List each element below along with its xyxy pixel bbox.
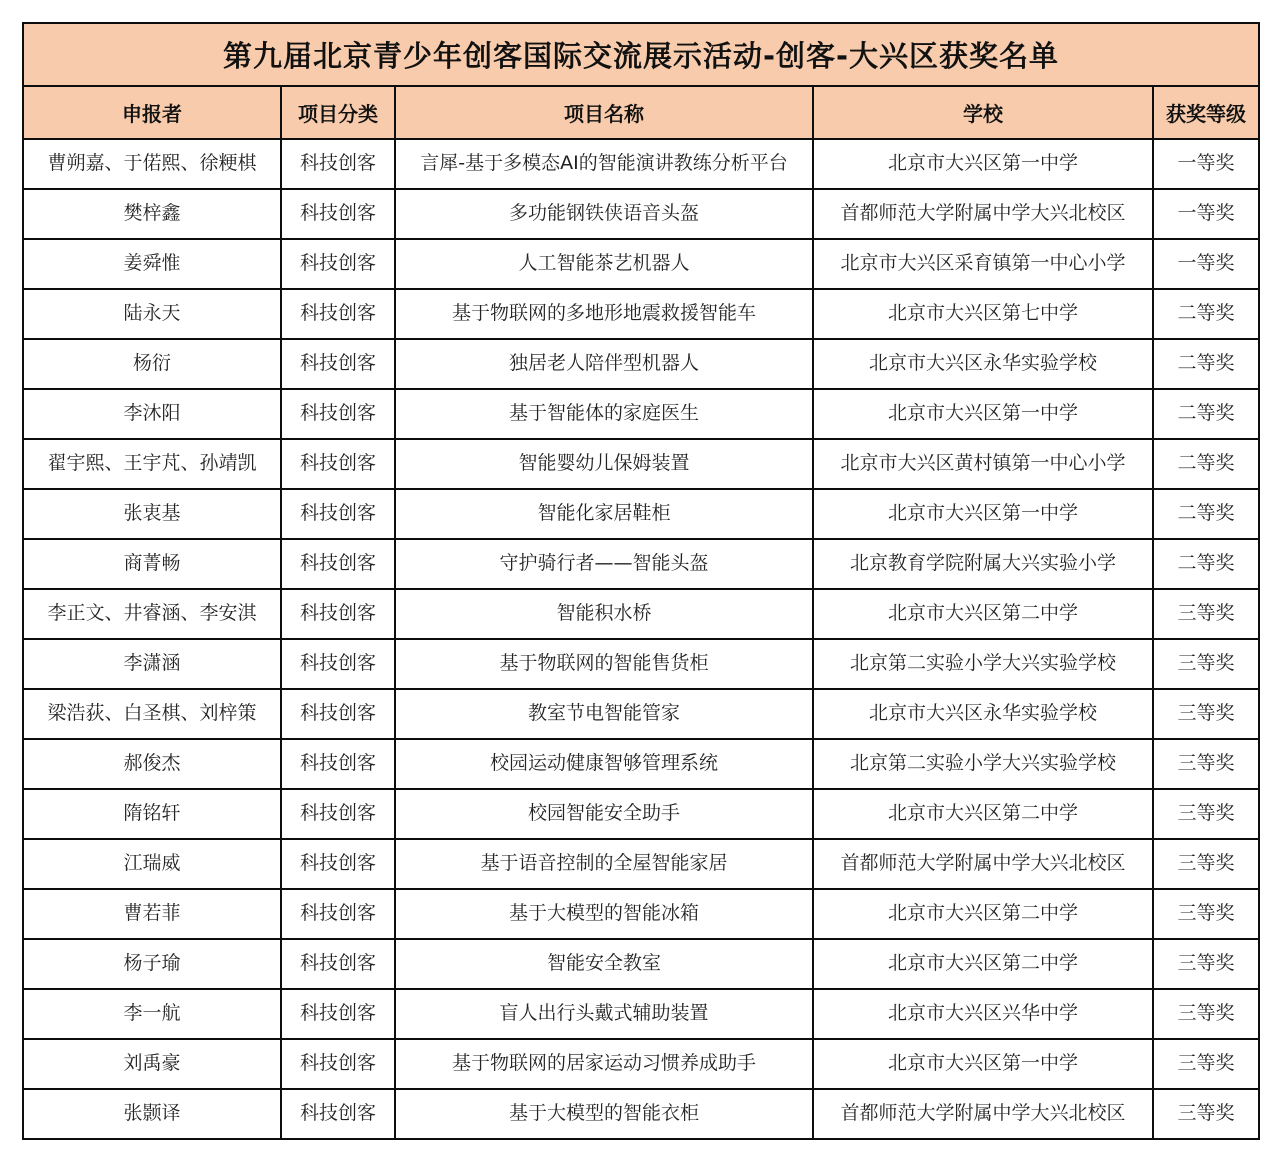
cell-applicant: 江瑞威 <box>23 839 281 889</box>
cell-project-category: 科技创客 <box>281 689 395 739</box>
cell-award-level: 三等奖 <box>1153 1089 1259 1139</box>
cell-project-category: 科技创客 <box>281 389 395 439</box>
cell-award-level: 一等奖 <box>1153 239 1259 289</box>
cell-applicant: 曹朔嘉、于偌熙、徐粳棋 <box>23 139 281 189</box>
table-row: 隋铭轩科技创客校园智能安全助手北京市大兴区第二中学三等奖 <box>23 789 1259 839</box>
table-row: 杨衍科技创客独居老人陪伴型机器人北京市大兴区永华实验学校二等奖 <box>23 339 1259 389</box>
cell-project-name: 基于大模型的智能冰箱 <box>395 889 813 939</box>
cell-project-category: 科技创客 <box>281 489 395 539</box>
cell-school: 首都师范大学附属中学大兴北校区 <box>813 189 1153 239</box>
col-header-applicant: 申报者 <box>23 86 281 139</box>
cell-project-name: 教室节电智能管家 <box>395 689 813 739</box>
column-header-row: 申报者 项目分类 项目名称 学校 获奖等级 <box>23 86 1259 139</box>
cell-award-level: 三等奖 <box>1153 989 1259 1039</box>
table-row: 李一航科技创客盲人出行头戴式辅助装置北京市大兴区兴华中学三等奖 <box>23 989 1259 1039</box>
cell-applicant: 曹若菲 <box>23 889 281 939</box>
cell-project-category: 科技创客 <box>281 339 395 389</box>
cell-project-name: 基于智能体的家庭医生 <box>395 389 813 439</box>
cell-award-level: 三等奖 <box>1153 639 1259 689</box>
cell-award-level: 二等奖 <box>1153 489 1259 539</box>
cell-project-name: 智能安全教室 <box>395 939 813 989</box>
table-row: 梁浩荻、白圣棋、刘梓策科技创客教室节电智能管家北京市大兴区永华实验学校三等奖 <box>23 689 1259 739</box>
table-row: 刘禹豪科技创客基于物联网的居家运动习惯养成助手北京市大兴区第一中学三等奖 <box>23 1039 1259 1089</box>
cell-project-category: 科技创客 <box>281 189 395 239</box>
cell-award-level: 三等奖 <box>1153 739 1259 789</box>
table-row: 郝俊杰科技创客校园运动健康智够管理系统北京第二实验小学大兴实验学校三等奖 <box>23 739 1259 789</box>
cell-applicant: 隋铭轩 <box>23 789 281 839</box>
title-row: 第九届北京青少年创客国际交流展示活动-创客-大兴区获奖名单 <box>23 23 1259 86</box>
cell-project-name: 多功能钢铁侠语音头盔 <box>395 189 813 239</box>
table-row: 姜舜惟科技创客人工智能茶艺机器人北京市大兴区采育镇第一中心小学一等奖 <box>23 239 1259 289</box>
cell-award-level: 三等奖 <box>1153 1039 1259 1089</box>
cell-school: 北京市大兴区第一中学 <box>813 489 1153 539</box>
cell-award-level: 二等奖 <box>1153 389 1259 439</box>
col-header-school: 学校 <box>813 86 1153 139</box>
cell-school: 北京市大兴区采育镇第一中心小学 <box>813 239 1153 289</box>
cell-school: 北京市大兴区永华实验学校 <box>813 689 1153 739</box>
award-table: 第九届北京青少年创客国际交流展示活动-创客-大兴区获奖名单 申报者 项目分类 项… <box>22 22 1260 1140</box>
table-row: 张衷基科技创客智能化家居鞋柜北京市大兴区第一中学二等奖 <box>23 489 1259 539</box>
cell-project-category: 科技创客 <box>281 439 395 489</box>
table-title: 第九届北京青少年创客国际交流展示活动-创客-大兴区获奖名单 <box>23 23 1259 86</box>
cell-school: 北京市大兴区第二中学 <box>813 589 1153 639</box>
cell-award-level: 二等奖 <box>1153 539 1259 589</box>
cell-school: 首都师范大学附属中学大兴北校区 <box>813 839 1153 889</box>
table-row: 樊梓鑫科技创客多功能钢铁侠语音头盔首都师范大学附属中学大兴北校区一等奖 <box>23 189 1259 239</box>
cell-project-name: 守护骑行者——智能头盔 <box>395 539 813 589</box>
table-row: 江瑞威科技创客基于语音控制的全屋智能家居首都师范大学附属中学大兴北校区三等奖 <box>23 839 1259 889</box>
cell-award-level: 三等奖 <box>1153 839 1259 889</box>
cell-school: 北京市大兴区永华实验学校 <box>813 339 1153 389</box>
table-body: 曹朔嘉、于偌熙、徐粳棋科技创客言犀-基于多模态AI的智能演讲教练分析平台北京市大… <box>23 139 1259 1139</box>
cell-project-name: 基于大模型的智能衣柜 <box>395 1089 813 1139</box>
cell-applicant: 杨衍 <box>23 339 281 389</box>
cell-project-category: 科技创客 <box>281 789 395 839</box>
cell-school: 北京市大兴区第七中学 <box>813 289 1153 339</box>
cell-award-level: 三等奖 <box>1153 789 1259 839</box>
cell-applicant: 张颢译 <box>23 1089 281 1139</box>
table-row: 李正文、井睿涵、李安淇科技创客智能积水桥北京市大兴区第二中学三等奖 <box>23 589 1259 639</box>
cell-project-category: 科技创客 <box>281 589 395 639</box>
cell-applicant: 刘禹豪 <box>23 1039 281 1089</box>
cell-project-category: 科技创客 <box>281 539 395 589</box>
cell-award-level: 三等奖 <box>1153 689 1259 739</box>
cell-project-name: 校园运动健康智够管理系统 <box>395 739 813 789</box>
cell-school: 首都师范大学附属中学大兴北校区 <box>813 1089 1153 1139</box>
cell-award-level: 二等奖 <box>1153 339 1259 389</box>
cell-project-category: 科技创客 <box>281 1039 395 1089</box>
cell-applicant: 商菁畅 <box>23 539 281 589</box>
cell-award-level: 三等奖 <box>1153 889 1259 939</box>
cell-award-level: 二等奖 <box>1153 439 1259 489</box>
cell-award-level: 三等奖 <box>1153 939 1259 989</box>
cell-project-name: 基于物联网的多地形地震救援智能车 <box>395 289 813 339</box>
cell-project-category: 科技创客 <box>281 639 395 689</box>
cell-project-name: 独居老人陪伴型机器人 <box>395 339 813 389</box>
cell-award-level: 一等奖 <box>1153 189 1259 239</box>
table-row: 杨子瑜科技创客智能安全教室北京市大兴区第二中学三等奖 <box>23 939 1259 989</box>
cell-project-name: 基于物联网的智能售货柜 <box>395 639 813 689</box>
cell-project-name: 人工智能茶艺机器人 <box>395 239 813 289</box>
table-row: 李沐阳科技创客基于智能体的家庭医生北京市大兴区第一中学二等奖 <box>23 389 1259 439</box>
col-header-project: 项目名称 <box>395 86 813 139</box>
cell-project-category: 科技创客 <box>281 289 395 339</box>
col-header-award: 获奖等级 <box>1153 86 1259 139</box>
page: 第九届北京青少年创客国际交流展示活动-创客-大兴区获奖名单 申报者 项目分类 项… <box>0 0 1280 1160</box>
cell-project-category: 科技创客 <box>281 839 395 889</box>
cell-applicant: 翟宇熙、王宇芃、孙靖凯 <box>23 439 281 489</box>
cell-project-name: 智能化家居鞋柜 <box>395 489 813 539</box>
cell-project-name: 盲人出行头戴式辅助装置 <box>395 989 813 1039</box>
cell-project-category: 科技创客 <box>281 739 395 789</box>
cell-applicant: 姜舜惟 <box>23 239 281 289</box>
cell-project-name: 基于语音控制的全屋智能家居 <box>395 839 813 889</box>
cell-applicant: 李潇涵 <box>23 639 281 689</box>
table-row: 翟宇熙、王宇芃、孙靖凯科技创客智能婴幼儿保姆装置北京市大兴区黄村镇第一中心小学二… <box>23 439 1259 489</box>
cell-applicant: 李正文、井睿涵、李安淇 <box>23 589 281 639</box>
table-row: 李潇涵科技创客基于物联网的智能售货柜北京第二实验小学大兴实验学校三等奖 <box>23 639 1259 689</box>
cell-project-name: 基于物联网的居家运动习惯养成助手 <box>395 1039 813 1089</box>
cell-school: 北京市大兴区第一中学 <box>813 389 1153 439</box>
cell-project-name: 言犀-基于多模态AI的智能演讲教练分析平台 <box>395 139 813 189</box>
cell-school: 北京市大兴区兴华中学 <box>813 989 1153 1039</box>
table-row: 张颢译科技创客基于大模型的智能衣柜首都师范大学附属中学大兴北校区三等奖 <box>23 1089 1259 1139</box>
cell-project-category: 科技创客 <box>281 239 395 289</box>
cell-award-level: 二等奖 <box>1153 289 1259 339</box>
cell-applicant: 樊梓鑫 <box>23 189 281 239</box>
cell-applicant: 郝俊杰 <box>23 739 281 789</box>
cell-project-name: 智能婴幼儿保姆装置 <box>395 439 813 489</box>
table-row: 商菁畅科技创客守护骑行者——智能头盔北京教育学院附属大兴实验小学二等奖 <box>23 539 1259 589</box>
cell-applicant: 张衷基 <box>23 489 281 539</box>
cell-award-level: 一等奖 <box>1153 139 1259 189</box>
cell-school: 北京教育学院附属大兴实验小学 <box>813 539 1153 589</box>
cell-project-category: 科技创客 <box>281 139 395 189</box>
cell-project-category: 科技创客 <box>281 1089 395 1139</box>
cell-school: 北京市大兴区第一中学 <box>813 139 1153 189</box>
cell-school: 北京市大兴区第二中学 <box>813 889 1153 939</box>
table-row: 曹若菲科技创客基于大模型的智能冰箱北京市大兴区第二中学三等奖 <box>23 889 1259 939</box>
cell-applicant: 梁浩荻、白圣棋、刘梓策 <box>23 689 281 739</box>
cell-school: 北京市大兴区第一中学 <box>813 1039 1153 1089</box>
col-header-category: 项目分类 <box>281 86 395 139</box>
cell-school: 北京市大兴区第二中学 <box>813 789 1153 839</box>
cell-school: 北京第二实验小学大兴实验学校 <box>813 739 1153 789</box>
table-row: 曹朔嘉、于偌熙、徐粳棋科技创客言犀-基于多模态AI的智能演讲教练分析平台北京市大… <box>23 139 1259 189</box>
cell-project-category: 科技创客 <box>281 889 395 939</box>
cell-school: 北京第二实验小学大兴实验学校 <box>813 639 1153 689</box>
cell-applicant: 李一航 <box>23 989 281 1039</box>
table-row: 陆永天科技创客基于物联网的多地形地震救援智能车北京市大兴区第七中学二等奖 <box>23 289 1259 339</box>
cell-award-level: 三等奖 <box>1153 589 1259 639</box>
cell-school: 北京市大兴区第二中学 <box>813 939 1153 989</box>
cell-school: 北京市大兴区黄村镇第一中心小学 <box>813 439 1153 489</box>
cell-project-name: 智能积水桥 <box>395 589 813 639</box>
cell-project-category: 科技创客 <box>281 989 395 1039</box>
cell-project-category: 科技创客 <box>281 939 395 989</box>
cell-applicant: 杨子瑜 <box>23 939 281 989</box>
cell-applicant: 李沐阳 <box>23 389 281 439</box>
cell-project-name: 校园智能安全助手 <box>395 789 813 839</box>
cell-applicant: 陆永天 <box>23 289 281 339</box>
